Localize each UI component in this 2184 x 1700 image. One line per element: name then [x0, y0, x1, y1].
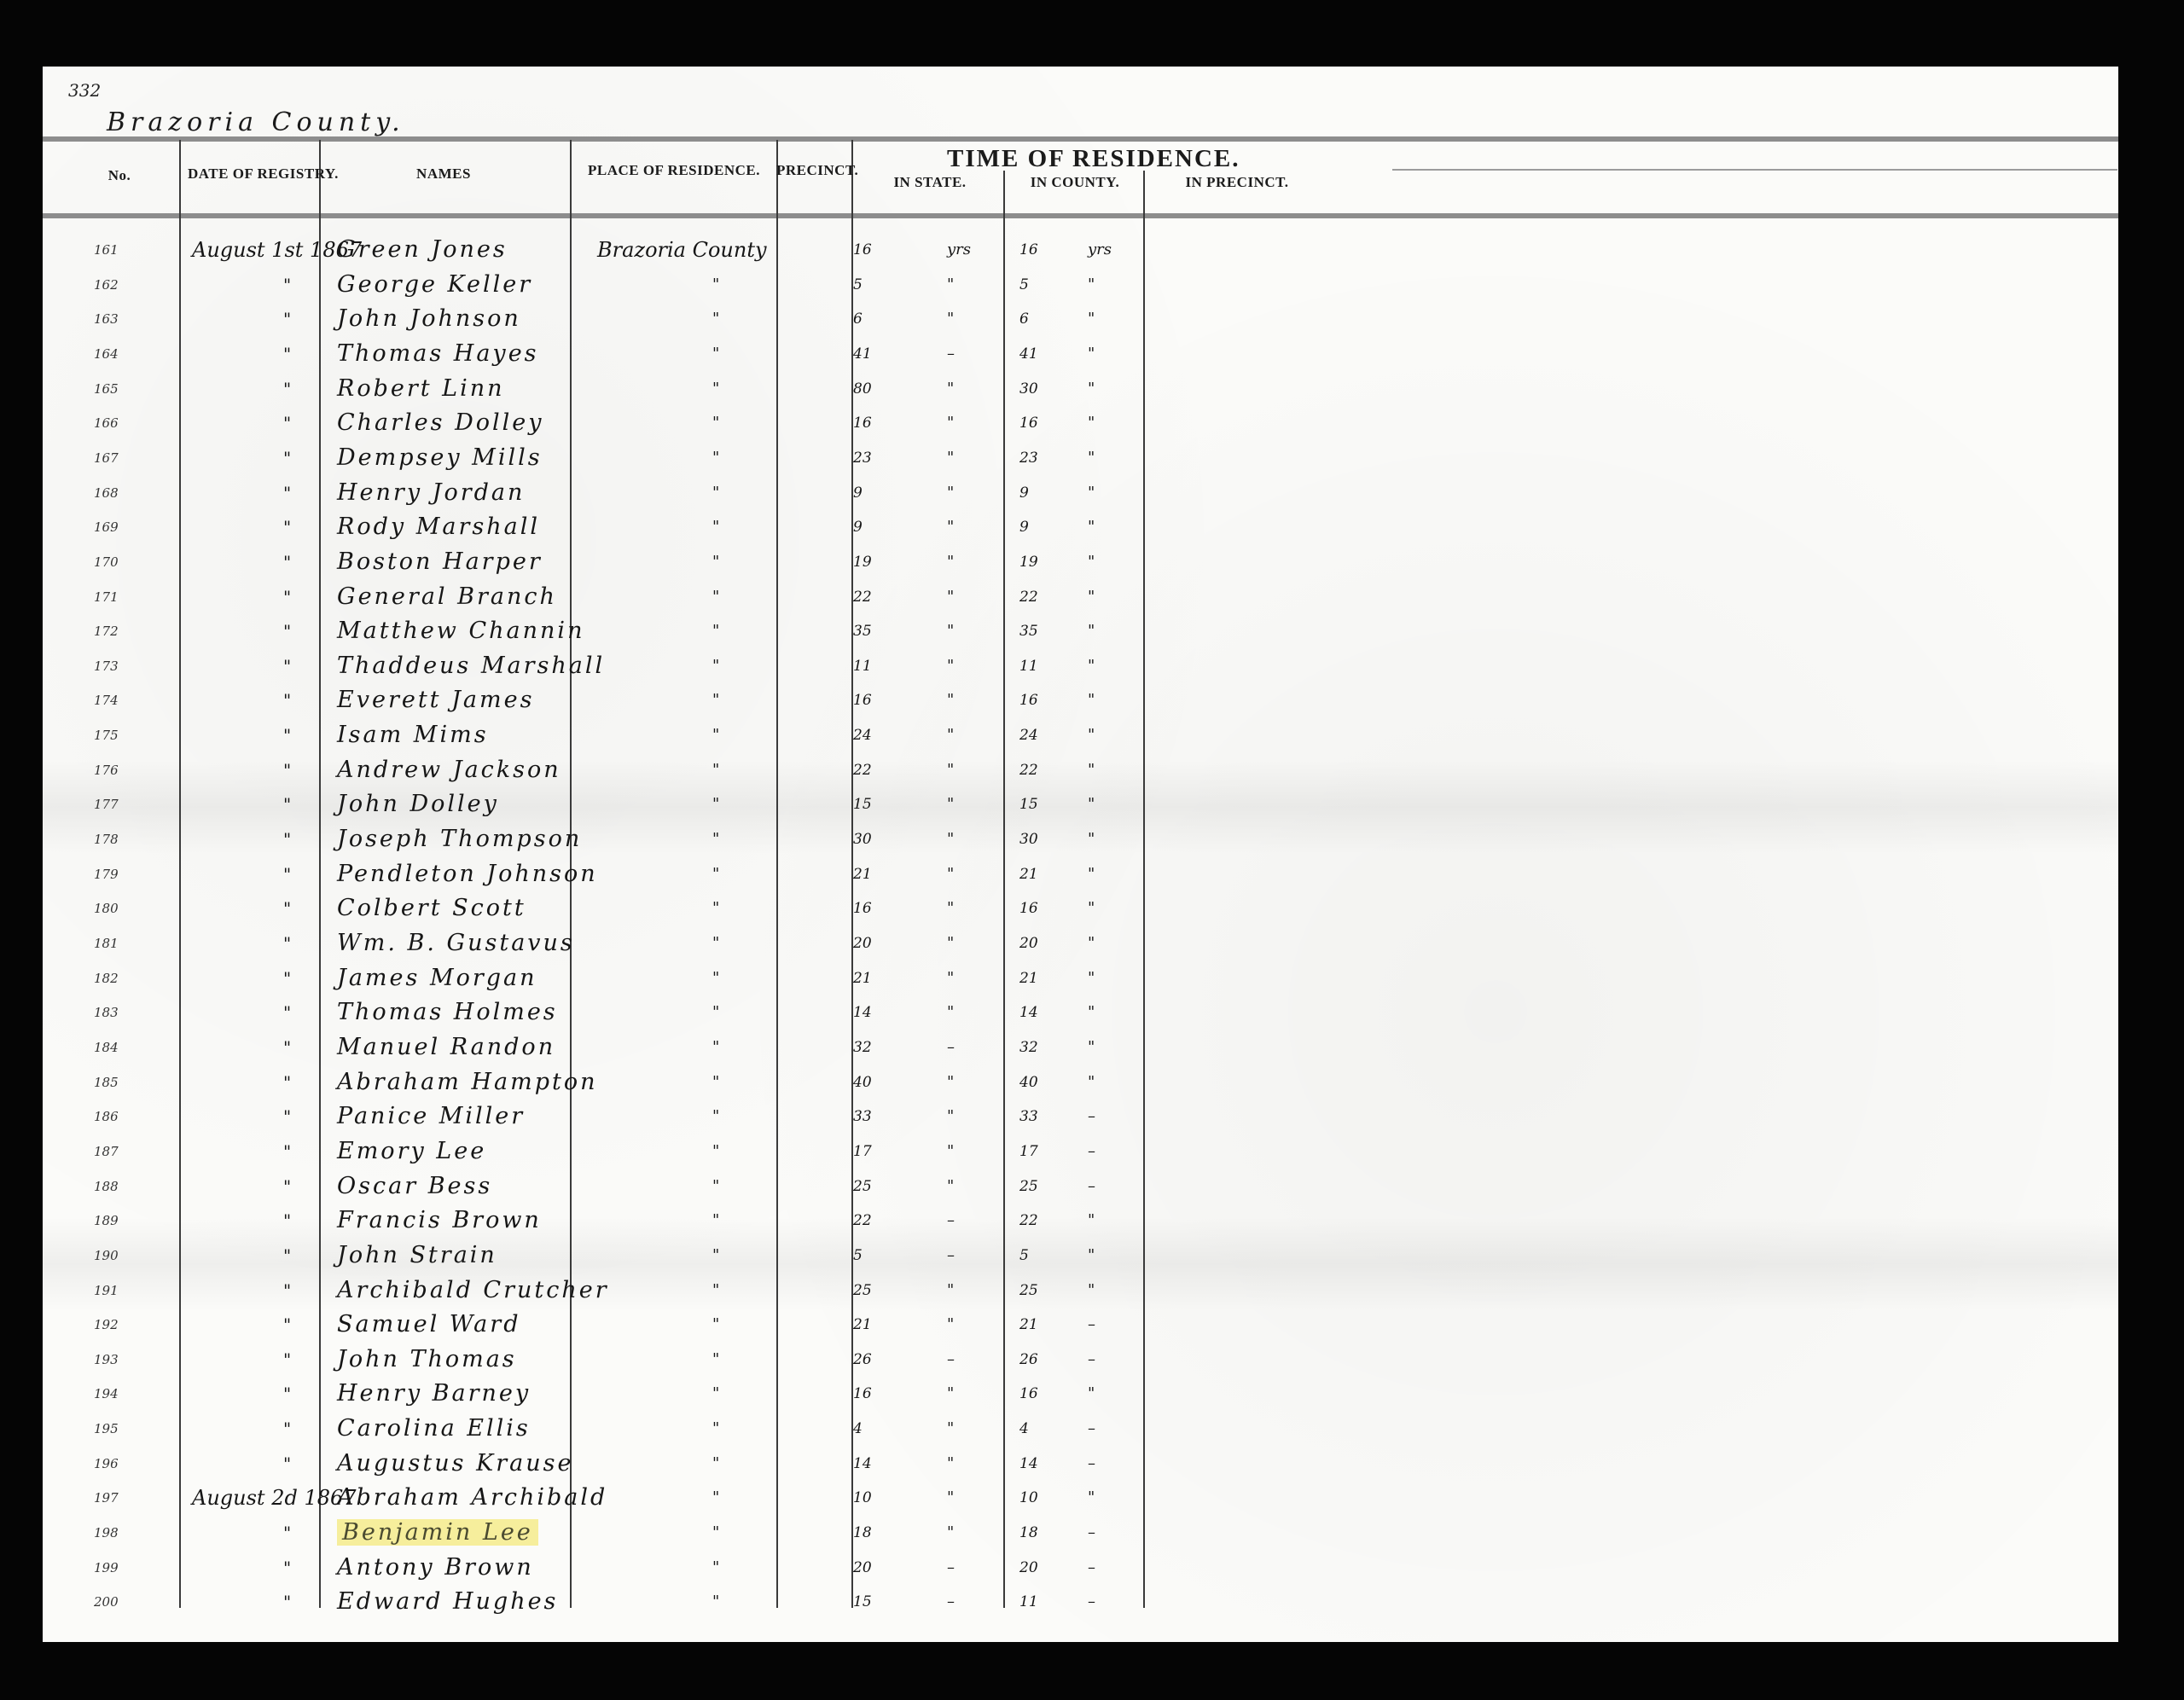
registry-number: 197 — [94, 1481, 162, 1515]
registry-number-text: 189 — [94, 1213, 119, 1228]
years-in-state-text: 26 — [853, 1351, 872, 1368]
county-unit-text: " — [1088, 761, 1095, 779]
county-unit: " — [1088, 1239, 1139, 1273]
registrant-name: Archibald Crutcher — [337, 1274, 729, 1308]
years-in-county-text: 16 — [1019, 415, 1038, 432]
years-in-county-text: 11 — [1019, 1593, 1038, 1610]
state-unit-text: " — [947, 414, 954, 432]
place-of-residence: " — [712, 1377, 746, 1411]
years-in-state-text: 24 — [853, 727, 872, 744]
place-of-residence-text: " — [712, 761, 719, 779]
place-of-residence: " — [712, 614, 746, 648]
registrant-name-text: Thomas Holmes — [337, 999, 558, 1025]
years-in-county: 15 — [1019, 787, 1071, 821]
county-unit: " — [1088, 1204, 1139, 1238]
place-of-residence: " — [712, 406, 746, 440]
place-of-residence: " — [712, 1551, 746, 1585]
date-of-registry-text: " — [283, 1002, 291, 1023]
county-unit: " — [1088, 580, 1139, 614]
years-in-county-text: 32 — [1019, 1039, 1038, 1056]
years-in-county: 9 — [1019, 476, 1071, 510]
place-of-residence: " — [712, 1308, 746, 1342]
registry-number-text: 172 — [94, 624, 119, 639]
registry-number-text: 174 — [94, 693, 119, 708]
date-of-registry: " — [283, 614, 334, 648]
years-in-county-text: 5 — [1019, 1247, 1029, 1264]
registrant-name: Thaddeus Marshall — [337, 649, 729, 683]
state-unit: " — [947, 441, 998, 475]
registry-number-text: 170 — [94, 554, 119, 570]
place-of-residence: " — [712, 1412, 746, 1446]
county-unit: " — [1088, 406, 1139, 440]
registrant-name-text: Manuel Randon — [337, 1034, 555, 1060]
date-of-registry-text: " — [283, 379, 291, 399]
registry-number-text: 199 — [94, 1560, 119, 1575]
registrant-name: Carolina Ellis — [337, 1412, 729, 1446]
date-of-registry: " — [283, 476, 334, 510]
registrant-name-text: Thaddeus Marshall — [337, 653, 605, 679]
registry-number-text: 195 — [94, 1421, 119, 1436]
table-row: 189"Francis Brown"22–22" — [43, 1204, 2118, 1238]
years-in-state-text: 16 — [853, 900, 872, 917]
registrant-name-text: Panice Miller — [337, 1103, 525, 1129]
years-in-county-text: 20 — [1019, 935, 1038, 952]
date-of-registry: " — [283, 1516, 334, 1550]
registry-number-text: 167 — [94, 450, 119, 466]
registry-number-text: 191 — [94, 1283, 119, 1298]
registry-number: 166 — [94, 406, 162, 440]
years-in-county: 11 — [1019, 1585, 1071, 1619]
state-unit: " — [947, 1274, 998, 1308]
date-of-registry-text: " — [283, 1176, 291, 1197]
years-in-state: 21 — [853, 857, 904, 891]
years-in-state-text: 23 — [853, 450, 872, 467]
county-unit: – — [1088, 1447, 1139, 1481]
state-unit-text: " — [947, 1488, 954, 1506]
state-unit: " — [947, 961, 998, 995]
years-in-state-text: 16 — [853, 1385, 872, 1402]
years-in-state-text: 35 — [853, 623, 872, 640]
county-unit-text: " — [1088, 1281, 1095, 1299]
date-of-registry: " — [283, 1030, 334, 1065]
table-row: 188"Oscar Bess"25"25– — [43, 1169, 2118, 1204]
table-row: 161August 1st 1867Green JonesBrazoria Co… — [43, 233, 2118, 267]
years-in-county-text: 16 — [1019, 692, 1038, 709]
registry-number-text: 188 — [94, 1179, 119, 1194]
registrant-name-text: Henry Jordan — [337, 479, 525, 506]
place-of-residence: " — [712, 1516, 746, 1550]
years-in-state: 80 — [853, 372, 904, 406]
registry-number-text: 177 — [94, 797, 119, 812]
years-in-county: 22 — [1019, 1204, 1071, 1238]
years-in-county: 4 — [1019, 1412, 1071, 1446]
place-of-residence-text: " — [712, 969, 719, 987]
place-of-residence: " — [712, 510, 746, 544]
registry-number-text: 162 — [94, 277, 119, 293]
registry-number: 194 — [94, 1377, 162, 1411]
years-in-county-text: 14 — [1019, 1004, 1038, 1021]
date-of-registry-text: " — [283, 344, 291, 364]
state-unit: " — [947, 1065, 998, 1099]
registry-number: 169 — [94, 510, 162, 544]
state-unit: " — [947, 995, 998, 1030]
date-of-registry-text: " — [283, 483, 291, 503]
years-in-county: 18 — [1019, 1516, 1071, 1550]
county-unit-text: " — [1088, 588, 1095, 606]
date-of-registry-text: " — [283, 1349, 291, 1370]
years-in-county-text: 17 — [1019, 1143, 1038, 1160]
registry-number: 198 — [94, 1516, 162, 1550]
state-unit-text: – — [947, 1593, 955, 1610]
county-unit-text: " — [1088, 380, 1095, 397]
table-row: 182"James Morgan"21"21" — [43, 961, 2118, 995]
table-row: 170"Boston Harper"19"19" — [43, 545, 2118, 579]
table-row: 190"John Strain"5–5" — [43, 1239, 2118, 1273]
registrant-name-text: Green Jones — [337, 236, 508, 263]
registrant-name-text: Wm. B. Gustavus — [337, 930, 575, 956]
table-row: 168"Henry Jordan"9"9" — [43, 476, 2118, 510]
registrant-name: Francis Brown — [337, 1204, 729, 1238]
registrant-name: James Morgan — [337, 961, 729, 995]
years-in-county-text: 40 — [1019, 1074, 1038, 1091]
years-in-state: 22 — [853, 753, 904, 787]
years-in-county: 41 — [1019, 337, 1071, 371]
county-unit: – — [1088, 1551, 1139, 1585]
date-of-registry-text: " — [283, 725, 291, 746]
state-unit: " — [947, 302, 998, 336]
table-row: 178"Joseph Thompson"30"30" — [43, 822, 2118, 856]
date-of-registry: " — [283, 683, 334, 717]
place-of-residence-text: " — [712, 1558, 719, 1576]
years-in-county-text: 25 — [1019, 1178, 1038, 1195]
years-in-county: 26 — [1019, 1343, 1071, 1377]
registrant-name: Rody Marshall — [337, 510, 729, 544]
years-in-state: 4 — [853, 1412, 904, 1446]
place-of-residence: " — [712, 441, 746, 475]
county-unit: " — [1088, 753, 1139, 787]
years-in-state-text: 25 — [853, 1282, 872, 1299]
place-of-residence-text: " — [712, 865, 719, 883]
years-in-county-text: 23 — [1019, 450, 1038, 467]
registrant-name-text: Dempsey Mills — [337, 444, 543, 471]
county-unit-text: " — [1088, 899, 1095, 917]
place-of-residence-text: " — [712, 1142, 719, 1160]
date-of-registry: " — [283, 1412, 334, 1446]
county-unit: " — [1088, 614, 1139, 648]
years-in-county-text: 21 — [1019, 866, 1038, 883]
place-of-residence: " — [712, 961, 746, 995]
county-unit-text: – — [1088, 1142, 1095, 1160]
county-unit: – — [1088, 1169, 1139, 1204]
registrant-name: Emory Lee — [337, 1134, 729, 1169]
registry-number-text: 166 — [94, 415, 119, 431]
place-of-residence: " — [712, 1343, 746, 1377]
years-in-county-text: 33 — [1019, 1108, 1038, 1125]
years-in-state: 6 — [853, 302, 904, 336]
registrant-name-text: Benjamin Lee — [337, 1519, 538, 1546]
years-in-state-text: 18 — [853, 1524, 872, 1541]
years-in-county: 14 — [1019, 1447, 1071, 1481]
state-unit: " — [947, 1377, 998, 1411]
date-of-registry-text: " — [283, 1384, 291, 1404]
state-unit-text: " — [947, 657, 954, 675]
place-of-residence-text: " — [712, 1384, 719, 1402]
registrant-name-text: John Strain — [337, 1242, 497, 1268]
place-of-residence: " — [712, 683, 746, 717]
state-unit-text: " — [947, 830, 954, 848]
county-unit-text: " — [1088, 622, 1095, 640]
table-row: 164"Thomas Hayes"41–41" — [43, 337, 2118, 371]
county-unit: " — [1088, 857, 1139, 891]
county-unit: " — [1088, 1377, 1139, 1411]
table-row: 187"Emory Lee"17"17– — [43, 1134, 2118, 1169]
date-of-registry-text: " — [283, 1141, 291, 1162]
registrant-name-text: Thomas Hayes — [337, 340, 539, 367]
county-unit: " — [1088, 372, 1139, 406]
years-in-county-text: 10 — [1019, 1489, 1038, 1506]
date-of-registry: " — [283, 1274, 334, 1308]
years-in-county-text: 18 — [1019, 1524, 1038, 1541]
place-of-residence: " — [712, 580, 746, 614]
state-unit: " — [947, 476, 998, 510]
years-in-state-text: 17 — [853, 1143, 872, 1160]
years-in-county-text: 21 — [1019, 970, 1038, 987]
registry-number-text: 194 — [94, 1386, 119, 1401]
table-row: 184"Manuel Randon"32–32" — [43, 1030, 2118, 1065]
date-of-registry-text: " — [283, 621, 291, 641]
date-of-registry-text: " — [283, 898, 291, 919]
registrant-name: Abraham Archibald — [337, 1481, 729, 1515]
county-unit: – — [1088, 1134, 1139, 1169]
years-in-county-text: 24 — [1019, 727, 1038, 744]
place-of-residence: " — [712, 337, 746, 371]
registry-number: 167 — [94, 441, 162, 475]
years-in-county: 25 — [1019, 1274, 1071, 1308]
state-unit: " — [947, 822, 998, 856]
years-in-state-text: 22 — [853, 762, 872, 779]
registry-number: 196 — [94, 1447, 162, 1481]
date-of-registry-text: " — [283, 587, 291, 607]
table-row: 174"Everett James"16"16" — [43, 683, 2118, 717]
state-unit-text: " — [947, 899, 954, 917]
date-of-registry-text: " — [283, 517, 291, 537]
registry-number: 193 — [94, 1343, 162, 1377]
state-unit: " — [947, 891, 998, 925]
registry-number: 195 — [94, 1412, 162, 1446]
date-of-registry-text: " — [283, 448, 291, 468]
years-in-county: 21 — [1019, 857, 1071, 891]
date-of-registry: " — [283, 372, 334, 406]
registrant-name: Boston Harper — [337, 545, 729, 579]
years-in-county-text: 11 — [1019, 658, 1038, 675]
place-of-residence: " — [712, 649, 746, 683]
date-of-registry: " — [283, 1204, 334, 1238]
place-of-residence: " — [712, 1447, 746, 1481]
registry-number: 199 — [94, 1551, 162, 1585]
years-in-county: 5 — [1019, 268, 1071, 302]
state-unit-text: " — [947, 934, 954, 952]
registrant-name: Edward Hughes — [337, 1585, 729, 1619]
county-unit: " — [1088, 1274, 1139, 1308]
date-of-registry: " — [283, 1169, 334, 1204]
years-in-state-text: 80 — [853, 380, 872, 397]
years-in-county: 33 — [1019, 1099, 1071, 1134]
years-in-county-text: 21 — [1019, 1316, 1038, 1333]
registrant-name-text: Carolina Ellis — [337, 1415, 531, 1442]
county-unit: " — [1088, 337, 1139, 371]
date-of-registry: " — [283, 545, 334, 579]
registry-number-text: 185 — [94, 1075, 119, 1090]
place-of-residence-text: " — [712, 588, 719, 606]
years-in-state: 25 — [853, 1169, 904, 1204]
registry-number: 200 — [94, 1585, 162, 1619]
registrant-name: Samuel Ward — [337, 1308, 729, 1342]
place-of-residence-text: " — [712, 1246, 719, 1264]
years-in-county: 10 — [1019, 1481, 1071, 1515]
state-unit: " — [947, 1447, 998, 1481]
years-in-state: 40 — [853, 1065, 904, 1099]
date-of-registry-text: " — [283, 1419, 291, 1439]
table-row: 181"Wm. B. Gustavus"20"20" — [43, 926, 2118, 960]
date-of-registry-text: " — [283, 1523, 291, 1543]
place-of-residence-text: " — [712, 1038, 719, 1056]
county-unit: " — [1088, 995, 1139, 1030]
years-in-county-text: 15 — [1019, 796, 1038, 813]
registry-number: 189 — [94, 1204, 162, 1238]
years-in-state: 22 — [853, 580, 904, 614]
registry-number: 174 — [94, 683, 162, 717]
years-in-county-text: 6 — [1019, 310, 1029, 328]
registrant-name: John Strain — [337, 1239, 729, 1273]
place-of-residence: " — [712, 1030, 746, 1065]
place-of-residence: " — [712, 1274, 746, 1308]
place-of-residence-text: " — [712, 1419, 719, 1437]
place-of-residence-text: " — [712, 899, 719, 917]
years-in-county-text: 14 — [1019, 1455, 1038, 1472]
years-in-state-text: 14 — [853, 1455, 872, 1472]
years-in-state-text: 21 — [853, 970, 872, 987]
place-of-residence-text: " — [712, 414, 719, 432]
county-unit: " — [1088, 1030, 1139, 1065]
years-in-county: 20 — [1019, 926, 1071, 960]
registrant-name: Dempsey Mills — [337, 441, 729, 475]
date-of-registry-text: " — [283, 829, 291, 850]
place-of-residence-text: " — [712, 553, 719, 571]
years-in-county-text: 22 — [1019, 1212, 1038, 1229]
registry-rows: 161August 1st 1867Green JonesBrazoria Co… — [43, 67, 2118, 1642]
state-unit-text: " — [947, 310, 954, 328]
registry-number-text: 175 — [94, 728, 119, 743]
county-unit-text: – — [1088, 1558, 1095, 1576]
date-of-registry-text: " — [283, 794, 291, 815]
date-of-registry: " — [283, 787, 334, 821]
registrant-name: Isam Mims — [337, 718, 729, 752]
years-in-state: 15 — [853, 1585, 904, 1619]
date-of-registry-text: " — [283, 1314, 291, 1335]
registry-number-text: 163 — [94, 311, 119, 327]
registrant-name: Thomas Holmes — [337, 995, 729, 1030]
registry-number-text: 173 — [94, 659, 119, 674]
registrant-name: Wm. B. Gustavus — [337, 926, 729, 960]
date-of-registry: " — [283, 1134, 334, 1169]
registrant-name-text: Pendleton Johnson — [337, 861, 598, 887]
registry-number-text: 168 — [94, 485, 119, 501]
registry-number-text: 161 — [94, 242, 119, 258]
state-unit-text: " — [947, 726, 954, 744]
registrant-name-text: Robert Linn — [337, 375, 505, 402]
state-unit-text: " — [947, 484, 954, 502]
years-in-state: 5 — [853, 1239, 904, 1273]
registry-number: 161 — [94, 233, 162, 267]
registry-number-text: 183 — [94, 1005, 119, 1020]
place-of-residence-text: " — [712, 795, 719, 813]
years-in-state: 5 — [853, 268, 904, 302]
state-unit-text: " — [947, 865, 954, 883]
state-unit-text: " — [947, 622, 954, 640]
state-unit: " — [947, 372, 998, 406]
place-of-residence-text: " — [712, 1523, 719, 1541]
state-unit: " — [947, 718, 998, 752]
years-in-county-text: 30 — [1019, 831, 1038, 848]
years-in-county-text: 16 — [1019, 1385, 1038, 1402]
registry-number-text: 178 — [94, 832, 119, 847]
state-unit: – — [947, 1343, 998, 1377]
date-of-registry-text: " — [283, 864, 291, 885]
years-in-county-text: 5 — [1019, 276, 1029, 293]
table-row: 196"Augustus Krause"14"14– — [43, 1447, 2118, 1481]
years-in-state-text: 16 — [853, 241, 872, 258]
registry-number: 176 — [94, 753, 162, 787]
years-in-state-text: 40 — [853, 1074, 872, 1091]
place-of-residence: " — [712, 891, 746, 925]
state-unit: " — [947, 545, 998, 579]
county-unit-text: – — [1088, 1454, 1095, 1472]
registry-number-text: 198 — [94, 1525, 119, 1540]
registrant-name-text: George Keller — [337, 271, 532, 298]
place-of-residence-text: " — [712, 449, 719, 467]
years-in-county: 11 — [1019, 649, 1071, 683]
years-in-state-text: 20 — [853, 935, 872, 952]
place-of-residence: " — [712, 1169, 746, 1204]
registrant-name-text: General Branch — [337, 583, 557, 610]
registrant-name: Oscar Bess — [337, 1169, 729, 1204]
years-in-county-text: 16 — [1019, 900, 1038, 917]
county-unit-text: " — [1088, 1384, 1095, 1402]
registrant-name: Robert Linn — [337, 372, 729, 406]
registry-number-text: 187 — [94, 1144, 119, 1159]
state-unit: " — [947, 510, 998, 544]
registrant-name-text: Everett James — [337, 687, 534, 713]
county-unit-text: " — [1088, 726, 1095, 744]
registrant-name-text: Charles Dolley — [337, 409, 544, 436]
state-unit-text: " — [947, 588, 954, 606]
years-in-state: 25 — [853, 1274, 904, 1308]
state-unit-text: – — [947, 1038, 955, 1056]
date-of-registry-text: August 2d 1867 — [192, 1486, 357, 1510]
table-row: 195"Carolina Ellis"4"4– — [43, 1412, 2118, 1446]
state-unit-text: " — [947, 380, 954, 397]
state-unit: " — [947, 1099, 998, 1134]
county-unit: " — [1088, 441, 1139, 475]
registrant-name-text: Isam Mims — [337, 722, 489, 748]
years-in-county-text: 4 — [1019, 1420, 1029, 1437]
years-in-state-text: 4 — [853, 1420, 863, 1437]
county-unit-text: – — [1088, 1177, 1095, 1195]
place-of-residence: " — [712, 1134, 746, 1169]
registrant-name: Andrew Jackson — [337, 753, 729, 787]
registrant-name: Manuel Randon — [337, 1030, 729, 1065]
years-in-county-text: 16 — [1019, 241, 1038, 258]
